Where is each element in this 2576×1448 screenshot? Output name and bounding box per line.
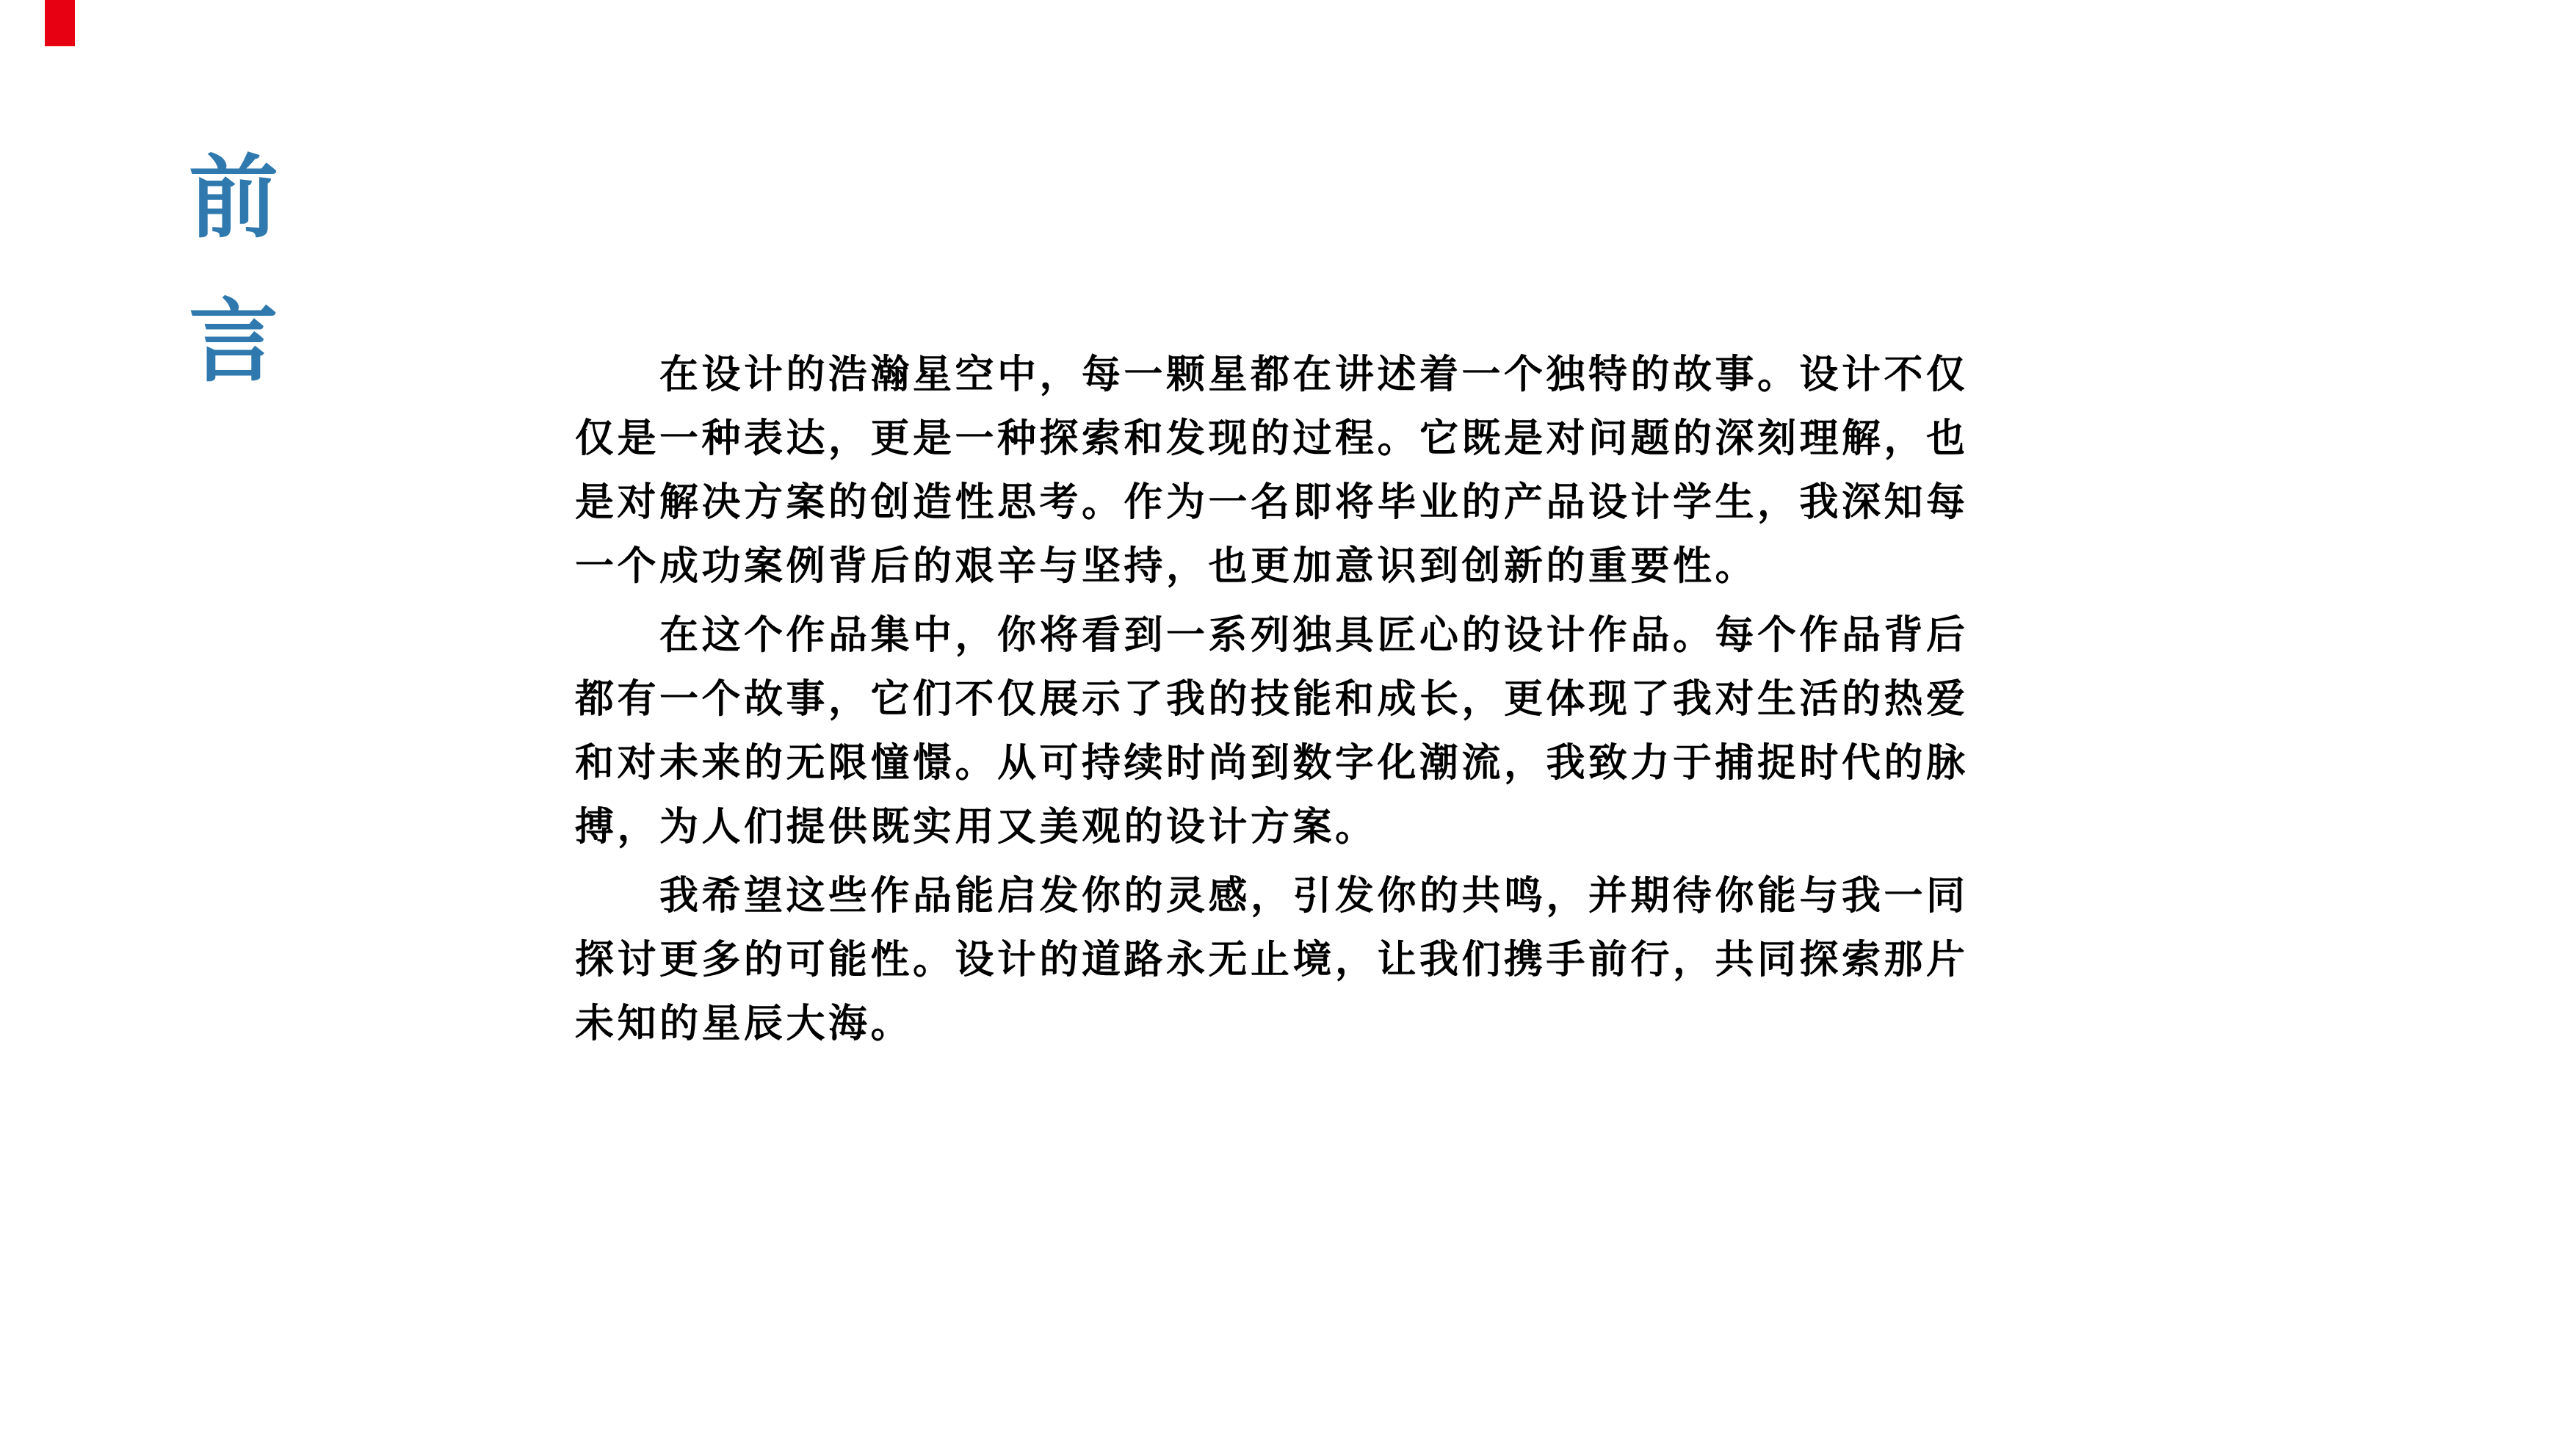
text-line: 搏，为人们提供既实用又美观的设计方案。 [575,796,1978,860]
red-accent-mark [45,0,75,46]
paragraph: 我希望这些作品能启发你的灵感，引发你的共鸣，并期待你能与我一同探讨更多的可能性。… [575,865,1978,1057]
text-line: 是对解决方案的创造性思考。作为一名即将毕业的产品设计学生，我深知每 [575,471,1978,535]
preface-body: 在设计的浩瀚星空中，每一颗星都在讲述着一个独特的故事。设计不仅仅是一种表达，更是… [575,344,1978,1062]
text-line: 仅是一种表达，更是一种探索和发现的过程。它既是对问题的深刻理解，也 [575,408,1978,471]
preface-page: 前 言 在设计的浩瀚星空中，每一颗星都在讲述着一个独特的故事。设计不仅仅是一种表… [0,0,2576,1448]
text-line: 一个成功案例背后的艰辛与坚持，也更加意识到创新的重要性。 [575,535,1978,599]
page-title-preface: 前 言 [188,127,279,415]
text-line: 我希望这些作品能启发你的灵感，引发你的共鸣，并期待你能与我一同 [575,865,1978,929]
text-line: 探讨更多的可能性。设计的道路永无止境，让我们携手前行，共同探索那片 [575,929,1978,993]
title-char-yan: 言 [188,271,279,415]
text-line: 在这个作品集中，你将看到一系列独具匠心的设计作品。每个作品背后 [575,604,1978,668]
paragraph: 在这个作品集中，你将看到一系列独具匠心的设计作品。每个作品背后都有一个故事，它们… [575,604,1978,860]
text-line: 在设计的浩瀚星空中，每一颗星都在讲述着一个独特的故事。设计不仅 [575,344,1978,408]
text-line: 和对未来的无限憧憬。从可持续时尚到数字化潮流，我致力于捕捉时代的脉 [575,732,1978,796]
paragraph: 在设计的浩瀚星空中，每一颗星都在讲述着一个独特的故事。设计不仅仅是一种表达，更是… [575,344,1978,599]
text-line: 都有一个故事，它们不仅展示了我的技能和成长，更体现了我对生活的热爱 [575,668,1978,732]
text-line: 未知的星辰大海。 [575,993,1978,1057]
title-char-qian: 前 [188,127,279,271]
